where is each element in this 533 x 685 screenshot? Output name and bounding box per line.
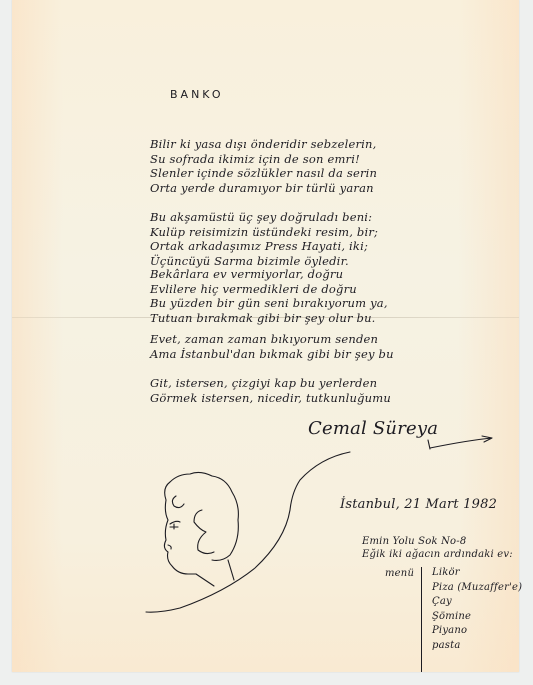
menu-item: Çay (432, 595, 522, 610)
menu-label: menü (385, 568, 414, 579)
address: Emin Yolu Sok No-8 Eğik iki ağacın ardın… (362, 535, 513, 561)
address-line: Emin Yolu Sok No-8 (362, 535, 513, 548)
menu-item: Piza (Muzaffer'e) (432, 581, 522, 596)
place-date: İstanbul, 21 Mart 1982 (340, 497, 497, 512)
menu-item: Piyano (432, 624, 522, 639)
menu-item: Şömine (432, 610, 522, 625)
menu-item: Likör (432, 566, 522, 581)
menu-item: pasta (432, 639, 522, 654)
menu-list: Likör Piza (Muzaffer'e) Çay Şömine Piyan… (432, 566, 522, 653)
address-line: Eğik iki ağacın ardındaki ev: (362, 548, 513, 561)
menu-divider (421, 567, 422, 672)
